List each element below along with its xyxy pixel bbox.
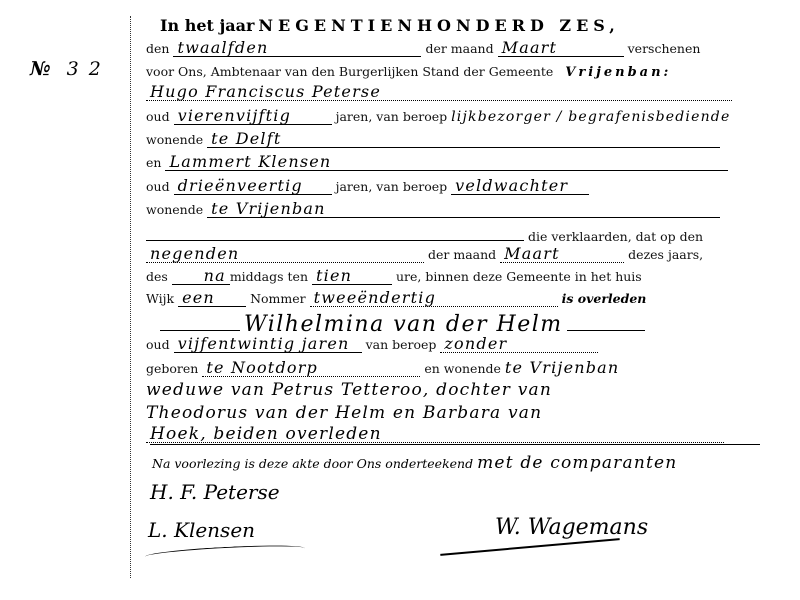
signature-official-stroke	[440, 538, 619, 556]
label-jaren-beroep: jaren, van beroep	[336, 179, 448, 194]
label-nommer: Nommer	[250, 291, 306, 306]
witness2-name: Lammert Klensen	[165, 154, 728, 171]
label-des: des	[146, 269, 168, 284]
header-prefix: In het jaar	[160, 16, 254, 35]
label-jaren-beroep: jaren, van beroep	[336, 109, 448, 124]
record-number: №3 2	[30, 58, 103, 80]
label-ure-huis: ure, binnen deze Gemeente in het huis	[396, 269, 642, 284]
appearance-day: twaalfden	[173, 40, 421, 57]
witness2-occupation: veldwachter	[451, 178, 589, 195]
deceased-details-3: Hoek, beiden overleden	[146, 426, 724, 443]
death-day: negenden	[146, 246, 424, 263]
line-death-date: negenden der maand Maart dezes jaars,	[146, 246, 703, 266]
line-details-2: Theodorus van der Helm en Barbara van	[146, 403, 542, 423]
label-is-overleden: is overleden	[562, 291, 647, 306]
deceased-occupation: zonder	[440, 336, 598, 353]
witness2-residence: te Vrijenban	[207, 201, 720, 218]
label-oud: oud	[146, 109, 170, 124]
witness2-age: drieënveertig	[174, 178, 332, 195]
wijk-value: een	[178, 290, 246, 307]
label-middags-ten: middags ten	[230, 269, 308, 284]
header-line: In het jaar NEGENTIENHONDERD ZES,	[160, 16, 620, 36]
deceased-details-2: Theodorus van der Helm en Barbara van	[146, 403, 542, 423]
signature-witness1: H. F. Peterse	[150, 480, 280, 504]
witness1-name: Hugo Franciscus Peterse	[146, 84, 732, 101]
signature-official: W. Wagemans	[495, 515, 648, 540]
line-address: Wijk een Nommer tweeëndertig is overlede…	[146, 290, 646, 310]
line-closing: Na voorlezing is deze akte door Ons onde…	[152, 453, 677, 473]
line-witness1-name: Hugo Franciscus Peterse	[146, 84, 732, 104]
witness1-residence: te Delft	[207, 131, 720, 148]
line-details-3: Hoek, beiden overleden	[146, 426, 724, 446]
blank-line	[160, 314, 240, 331]
line-witness2-residence: wonende te Vrijenban	[146, 201, 720, 221]
death-hour: tien	[312, 268, 392, 285]
line-appearance-date: den twaalfden der maand Maart verschenen	[146, 40, 700, 60]
deceased-details-1: weduwe van Petrus Tetteroo, dochter van	[146, 380, 552, 400]
label-der-maand: der maand	[428, 247, 496, 262]
death-certificate-page: №3 2 In het jaar NEGENTIENHONDERD ZES, d…	[0, 0, 800, 600]
line-details-1: weduwe van Petrus Tetteroo, dochter van	[146, 380, 552, 400]
witness1-age: vierenvijftig	[174, 108, 332, 125]
label-wijk: Wijk	[146, 291, 174, 306]
label-oud: oud	[146, 179, 170, 194]
line-witness1-age: oud vierenvijftig jaren, van beroep lijk…	[146, 108, 730, 128]
line-official: voor Ons, Ambtenaar van den Burgerlijken…	[146, 63, 671, 83]
signature-flourish	[145, 543, 305, 562]
closing-rule	[150, 444, 760, 445]
record-number-value: 3 2	[67, 58, 103, 80]
municipality: Vrijenban:	[565, 65, 671, 80]
label-en: en	[146, 155, 161, 170]
number-sign: №	[30, 58, 53, 80]
deceased-birthplace: te Nootdorp	[202, 360, 420, 377]
header-year: NEGENTIENHONDERD ZES,	[258, 16, 619, 35]
label-en-wonende: en wonende	[424, 361, 501, 376]
death-month: Maart	[500, 246, 624, 263]
line-deceased-birth: geboren te Nootdorp en wonende te Vrijen…	[146, 358, 619, 378]
blank-line	[146, 224, 524, 241]
line-witness1-residence: wonende te Delft	[146, 131, 720, 151]
label-wonende: wonende	[146, 202, 203, 217]
declaration-text: die verklaarden, dat op den	[528, 229, 703, 244]
blank-line	[567, 314, 645, 331]
official-text: voor Ons, Ambtenaar van den Burgerlijken…	[146, 64, 553, 79]
house-number: tweeëndertig	[310, 290, 558, 307]
label-der-maand: der maand	[425, 41, 493, 56]
closing-printed: Na voorlezing is deze akte door Ons onde…	[152, 456, 473, 471]
label-van-beroep: van beroep	[366, 337, 437, 352]
label-geboren: geboren	[146, 361, 198, 376]
line-witness2-age: oud drieënveertig jaren, van beroep veld…	[146, 178, 589, 198]
line-deceased-age: oud vijfentwintig jaren van beroep zonde…	[146, 336, 598, 356]
label-verschenen: verschenen	[628, 41, 701, 56]
deceased-residence: te Vrijenban	[505, 358, 620, 377]
closing-handwritten: met de comparanten	[477, 453, 677, 473]
label-dezes-jaars: dezes jaars,	[628, 247, 703, 262]
deceased-age: vijfentwintig jaren	[174, 336, 362, 353]
label-oud: oud	[146, 337, 170, 352]
line-death-time: des namiddags ten tien ure, binnen deze …	[146, 268, 642, 288]
margin-divider	[130, 16, 131, 578]
line-deceased-name: Wilhelmina van der Helm	[160, 312, 645, 332]
signature-witness2: L. Klensen	[148, 518, 255, 542]
appearance-month: Maart	[498, 40, 624, 57]
witness1-occupation: lijkbezorger / begrafenisbediende	[451, 109, 730, 125]
line-witness2-name: en Lammert Klensen	[146, 154, 728, 174]
label-wonende: wonende	[146, 132, 203, 147]
line-declaration: die verklaarden, dat op den	[146, 224, 703, 244]
label-den: den	[146, 41, 169, 56]
death-daypart: na	[172, 268, 230, 285]
